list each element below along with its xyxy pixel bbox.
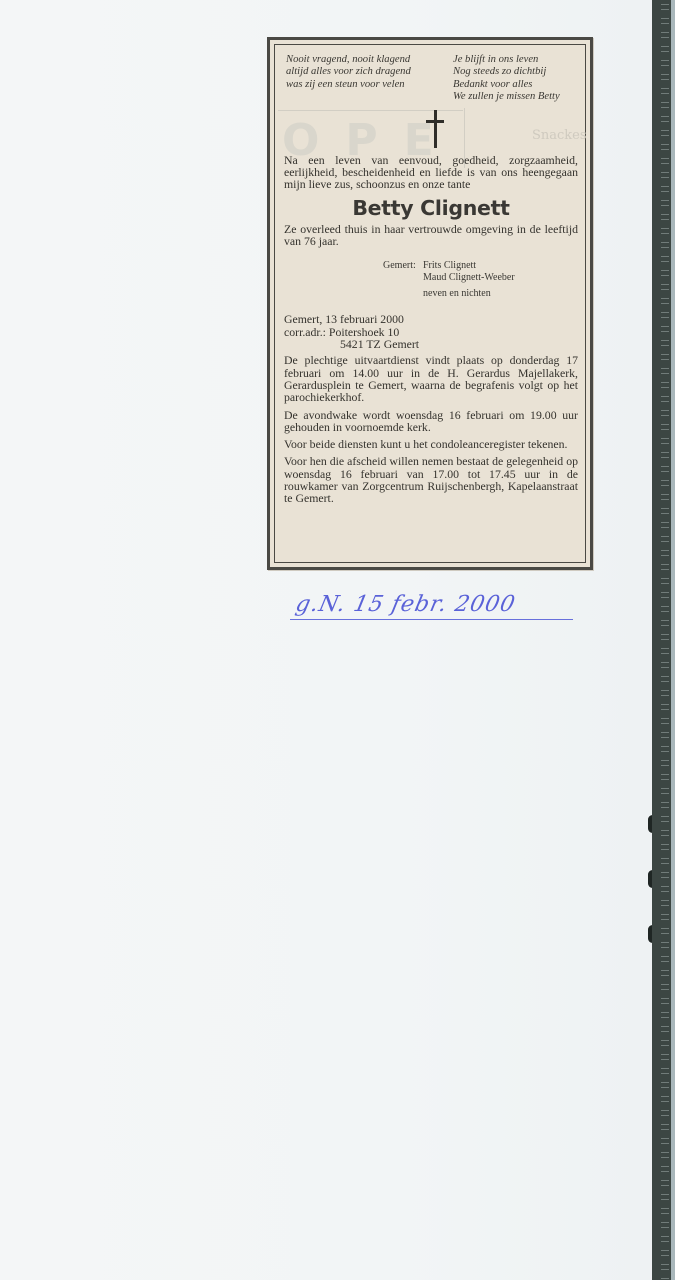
poems: Nooit vragend, nooit klagend altijd alle… <box>284 54 578 104</box>
binder-strip <box>652 0 675 1280</box>
date-line: Gemert, 13 februari 2000 <box>284 313 578 325</box>
family-name: Maud Clignett-Weeber <box>423 272 515 284</box>
register-paragraph: Voor beide diensten kunt u het condolean… <box>284 438 578 450</box>
obituary-content: Nooit vragend, nooit klagend altijd alle… <box>284 54 578 505</box>
obituary-clipping: OPE Snackes Nooit vragend, nooit klagend… <box>267 37 593 570</box>
service-paragraph: De plechtige uitvaartdienst vindt plaats… <box>284 354 578 403</box>
family-extra: neven en nichten <box>423 288 515 300</box>
binder-edge <box>671 0 675 1280</box>
binder-perforations <box>661 0 669 1280</box>
family-block: Gemert: Frits Clignett Maud Clignett-Wee… <box>383 260 578 300</box>
poem-line: Nog steeds zo dichtbij <box>453 66 578 78</box>
poem-right: Je blijft in ons leven Nog steeds zo dic… <box>453 54 578 104</box>
family-names: Frits Clignett Maud Clignett-Weeber neve… <box>423 260 515 300</box>
intro-text: Na een leven van eenvoud, goedheid, zorg… <box>284 154 578 191</box>
poem-line: Je blijft in ons leven <box>453 54 578 66</box>
corr-address-line: corr.adr.: Poitershoek 10 <box>284 326 578 338</box>
postal-line: 5421 TZ Gemert <box>284 338 578 350</box>
poem-line: was zij een steun voor velen <box>286 79 446 91</box>
deceased-name: Betty Clignett <box>284 196 578 220</box>
farewell-paragraph: Voor hen die afscheid willen nemen besta… <box>284 455 578 504</box>
poem-line: Bedankt voor alles <box>453 79 578 91</box>
handwritten-text: g.N. 15 febr. 2000 <box>293 592 518 617</box>
vigil-paragraph: De avondwake wordt woensdag 16 februari … <box>284 409 578 434</box>
poem-line: altijd alles voor zich dragend <box>286 66 446 78</box>
poem-line: Nooit vragend, nooit klagend <box>286 54 446 66</box>
cross-icon <box>284 108 578 154</box>
poem-line: We zullen je missen Betty <box>453 91 578 103</box>
handwritten-note: g.N. 15 febr. 2000 <box>290 586 580 646</box>
address-block: Gemert, 13 februari 2000 corr.adr.: Poit… <box>284 313 578 350</box>
family-place: Gemert: <box>383 260 423 300</box>
age-text: Ze overleed thuis in haar vertrouwde omg… <box>284 223 578 248</box>
handwritten-underline <box>290 619 573 620</box>
family-name: Frits Clignett <box>423 260 515 272</box>
poem-left: Nooit vragend, nooit klagend altijd alle… <box>286 54 446 104</box>
